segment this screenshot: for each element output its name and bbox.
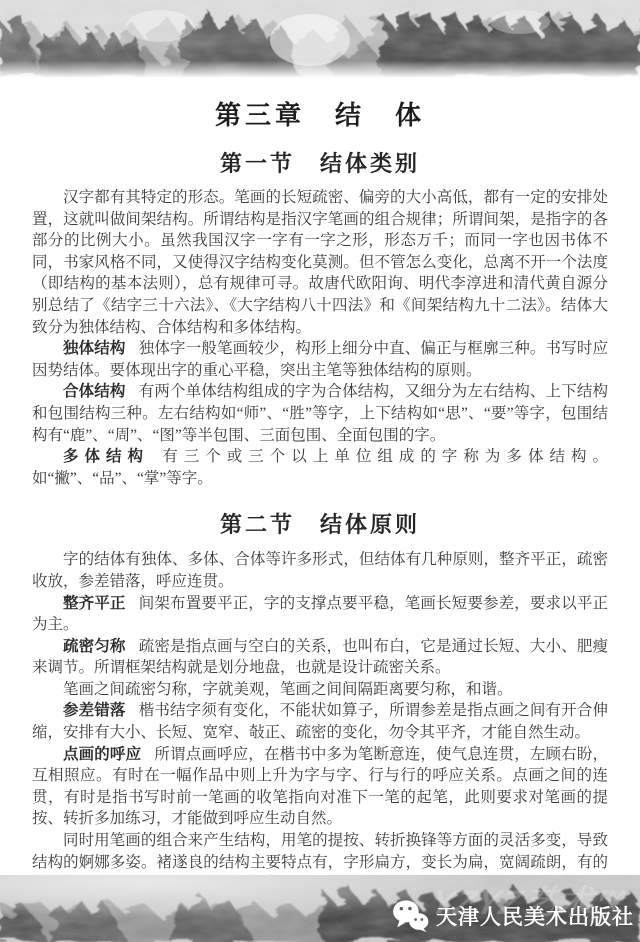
paragraph-zhengqi-pingzheng: 整齐平正间架布置要平正，字的支撑点要平稳，笔画长短要参差，要求以平正为主。 — [32, 593, 608, 636]
paragraph-lead: 参差错落 — [63, 702, 126, 719]
paragraph-duoti-jiegou: 多体结构有三个或三个以上单位组成的字称为多体结构。如“撇”、“品”、“掌”等字。 — [32, 446, 608, 489]
paragraph-text: 汉字都有其特定的形态。笔画的长短疏密、偏旁的大小高低，都有一定的安排处置，这就叫… — [32, 189, 608, 336]
header-landscape-painting — [0, 0, 640, 78]
chapter-title: 第三章 结 体 — [32, 95, 608, 132]
paragraph-dianhua-huying: 点画的呼应所谓点画呼应，在楷书中多为笔断意连，使气息连贯，左顾右盼，互相照应。有… — [32, 744, 608, 830]
paragraph-lead: 整齐平正 — [63, 595, 126, 612]
paragraph-s1-intro: 汉字都有其特定的形态。笔画的长短疏密、偏旁的大小高低，都有一定的安排处置，这就叫… — [32, 187, 608, 338]
publisher-name: 天津人民美术出版社 — [436, 901, 634, 931]
paragraph-text: 笔画之间疏密匀称，字就美观，笔画之间间隔距离要匀称，和谐。 — [63, 681, 513, 698]
paragraph-lead: 疏密匀称 — [63, 638, 126, 655]
paragraph-cenci-cuoluo: 参差错落楷书结字须有变化，不能状如算子，所谓参差是指点画之间有开合伸缩，安排有大… — [32, 700, 608, 743]
paragraph-lead: 独体结构 — [63, 340, 126, 357]
book-page: 第三章 结 体 第一节 结体类别 汉字都有其特定的形态。笔画的长短疏密、偏旁的大… — [0, 0, 640, 942]
paragraph-duti-jiegou: 独体结构独体字一般笔画较少，构形上细分中直、偏正与框廓三种。书写时应因势结体。要… — [32, 338, 608, 381]
paragraph-lead: 点画的呼应 — [63, 746, 141, 763]
section-title-2: 第二节 结体原则 — [32, 508, 608, 539]
paragraph-shumi-note: 笔画之间疏密匀称，字就美观，笔画之间间隔距离要匀称，和谐。 — [32, 679, 608, 701]
paragraph-shumi-yuncheng: 疏密匀称疏密是指点画与空白的关系，也叫布白，它是通过长短、大小、肥瘦来调节。所谓… — [32, 636, 608, 679]
paragraph-heti-jiegou: 合体结构有两个单体结构组成的字为合体结构，又细分为左右结构、上下结构和包围结构三… — [32, 381, 608, 446]
paragraph-s2-intro: 字的结体有独体、多体、合体等许多形式，但结体有几种原则，整齐平正，疏密收放，参差… — [32, 549, 608, 592]
paragraph-lead: 合体结构 — [63, 383, 126, 400]
publisher-badge: 天津人民美术出版社 — [392, 899, 634, 932]
page-content: 第三章 结 体 第一节 结体类别 汉字都有其特定的形态。笔画的长短疏密、偏旁的大… — [32, 78, 608, 895]
paragraph-lead: 多体结构 — [63, 448, 149, 465]
paragraph-text: 字的结体有独体、多体、合体等许多形式，但结体有几种原则，整齐平正，疏密收放，参差… — [32, 551, 608, 590]
section-title-1: 第一节 结体类别 — [32, 147, 608, 178]
wechat-icon — [392, 899, 429, 932]
